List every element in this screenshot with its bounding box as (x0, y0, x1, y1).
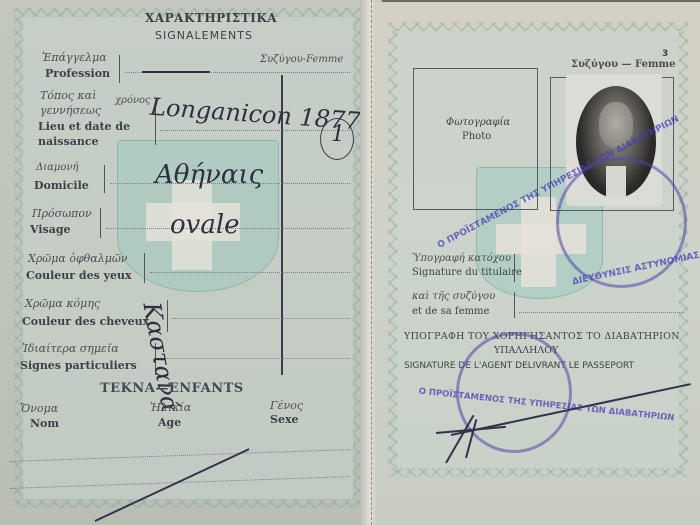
field-eyes-label-gr: Χρῶμα ὀφθαλμῶν (28, 253, 128, 264)
children-col-sex-gr: Γένος (270, 400, 303, 411)
field-profession-label-fr: Profession (45, 68, 110, 79)
field-domicile-value: Αθήναις (155, 160, 263, 190)
field-marks-label-fr: Signes particuliers (20, 360, 137, 371)
field-visage-label-fr: Visage (30, 224, 71, 235)
spouse-label: Συζύγου — Femme (571, 60, 675, 70)
field-profession-label-gr: Ἐπάγγελμα (42, 52, 107, 63)
field-eyes-label-fr: Couleur des yeux (26, 270, 132, 281)
entry-line (172, 318, 350, 319)
children-col-name-fr: Nom (30, 418, 59, 429)
entry-line (519, 312, 684, 313)
field-birth-label-gr-2: γεννήσεως (40, 105, 101, 116)
field-birth-label-fr-2: naissance (38, 136, 99, 147)
page-number: 3 (662, 50, 668, 59)
left-page: ΧΑΡΑΚΤΗΡΙΣΤΙΚΑ SIGNALEMENTS Συζύγου-Femm… (0, 0, 368, 525)
entry-line (150, 272, 350, 273)
children-col-age-fr: Age (158, 417, 181, 428)
holder-signature-fr: Signature du titulaire (412, 268, 522, 278)
field-birth-label-fr-1: Lieu et date de (38, 121, 130, 132)
field-visage-value: ovale (170, 210, 240, 240)
photo-label-french: Photo (462, 132, 491, 142)
circled-mark-text: 1 (331, 122, 345, 147)
spouse-signature-gr: καὶ τῆς συζύγου (412, 292, 495, 302)
section-title-greek: ΧΑΡΑΚΤΗΡΙΣΤΙΚΑ (145, 12, 277, 24)
brace (119, 55, 120, 83)
field-domicile-label-gr: Διαμονή (36, 163, 79, 173)
children-col-sex-fr: Sexe (270, 414, 299, 425)
holder-signature-gr: Ὑπογραφή κατόχου (412, 254, 511, 264)
brace (100, 208, 101, 238)
spouse-signature-fr: et de sa femme (412, 307, 489, 317)
field-marks-label-gr: Ἰδιαίτερα σημεῖα (22, 343, 119, 354)
field-birth-label-gr-extra: χρόνος (115, 96, 151, 106)
spouse-column-label: Συζύγου-Femme (260, 55, 343, 65)
children-section-title: TEKNA—ENFANTS (100, 382, 244, 395)
entry-line (160, 358, 350, 359)
field-birth-label-gr-1: Τόπος καὶ (40, 90, 96, 101)
field-hair-label-fr: Couleur des cheveux (22, 316, 149, 327)
photo-label-greek: Φωτογραφία (446, 118, 510, 128)
brace (514, 292, 515, 318)
binding-stitch (371, 0, 373, 525)
section-title-french: SIGNALEMENTS (155, 30, 253, 41)
brace (104, 165, 105, 193)
field-hair-label-gr: Χρῶμα κόμης (25, 298, 100, 309)
children-col-age-gr: Ἡλικία (150, 402, 191, 413)
children-col-name-gr: Ὄνομα (20, 403, 58, 414)
field-domicile-label-fr: Domicile (34, 180, 89, 191)
brace (514, 254, 515, 282)
brace (144, 253, 145, 283)
field-profession-value (142, 71, 210, 73)
right-page: 3 Συζύγου — Femme Φωτογραφία Photo Ο ΠΡΟ… (376, 2, 700, 525)
field-visage-label-gr: Πρόσωπον (32, 208, 92, 219)
